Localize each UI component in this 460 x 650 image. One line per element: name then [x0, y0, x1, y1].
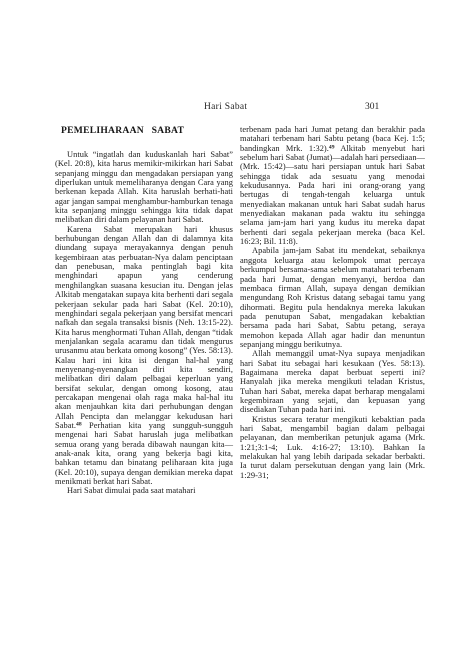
paragraph-6: Allah memanggil umat-Nya supaya menjadik… — [240, 349, 425, 414]
page-header: Hari Sabat 301 — [55, 102, 424, 115]
page-number: 301 — [365, 102, 379, 113]
left-column: PEMELIHARAAN SABAT Untuk “ingatlah dan k… — [55, 125, 233, 496]
text-columns: PEMELIHARAAN SABAT Untuk “ingatlah dan k… — [55, 125, 425, 496]
running-title: Hari Sabat — [204, 102, 247, 113]
paragraph-5: Apabila jam-jam Sabat itu mendekat, seba… — [240, 246, 425, 349]
paragraph-7: Kristus secara teratur mengikuti kebakti… — [240, 415, 425, 480]
paragraph-3: Hari Sabat dimulai pada saat matahari — [55, 486, 233, 495]
book-page: Hari Sabat 301 PEMELIHARAAN SABAT Untuk … — [0, 0, 460, 650]
paragraph-2-text-continued: Perhatian kita yang sungguh-sungguh meng… — [55, 421, 233, 486]
paragraph-4-text-continued: Alkitab menyebut hari sebelum hari Sabat… — [240, 144, 425, 246]
paragraph-2-text: Karena Sabat merupakan hari khusus berhu… — [55, 225, 233, 430]
section-heading: PEMELIHARAAN SABAT — [61, 126, 233, 136]
right-column: terbenam pada hari Jumat petang dan bera… — [240, 125, 425, 496]
paragraph-2: Karena Sabat merupakan hari khusus berhu… — [55, 225, 233, 487]
paragraph-4: terbenam pada hari Jumat petang dan bera… — [240, 125, 425, 246]
paragraph-1: Untuk “ingatlah dan kuduskanlah hari Sab… — [55, 150, 233, 225]
